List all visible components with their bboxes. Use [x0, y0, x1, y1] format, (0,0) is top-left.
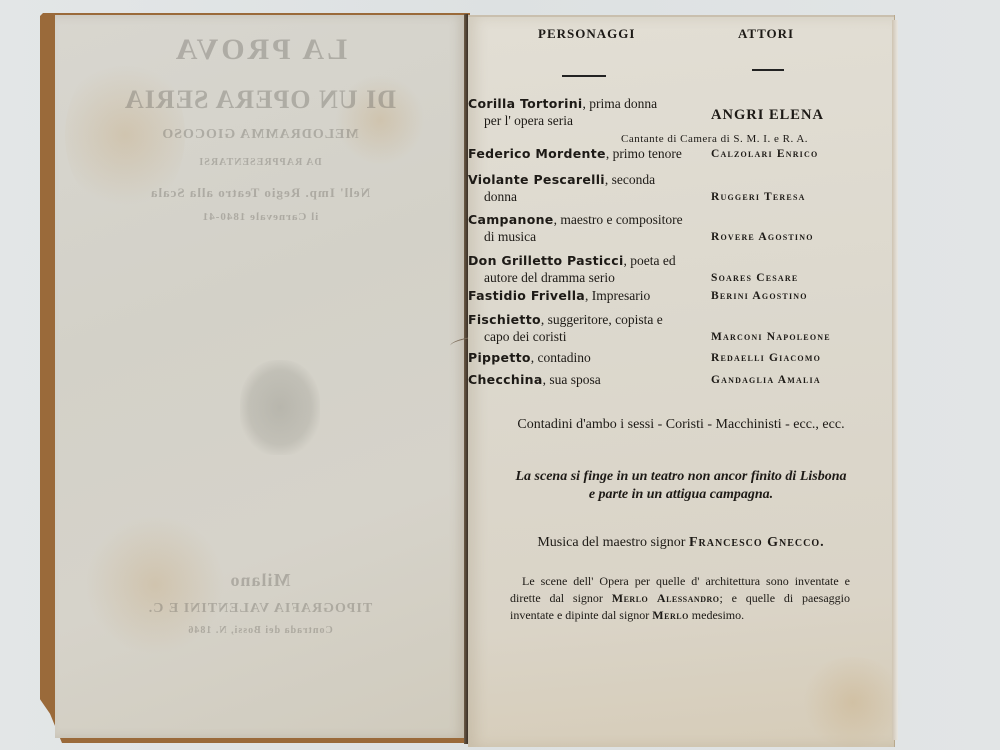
character-role-cont: donna	[468, 188, 888, 205]
character-role-cont: autore del dramma serio	[468, 269, 888, 286]
character-name: Pippetto	[468, 350, 531, 365]
extras-line: Contadini d'ambo i sessi - Coristi - Mac…	[468, 417, 894, 433]
music-credit: Musica del maestro signor Francesco Gnec…	[468, 535, 894, 551]
cast-row: Federico Mordente, primo tenore Calzolar…	[468, 145, 888, 162]
bleed-through-season: il Carnevale 1840-41	[55, 211, 465, 223]
character-name: Corilla Tortorini	[468, 96, 582, 111]
header-attori: ATTORI	[738, 26, 794, 42]
character-role-cont: per l' opera seria	[468, 112, 888, 129]
actor-name: Marconi Napoleone	[711, 329, 831, 346]
character-name: Don Grilletto Pasticci	[468, 253, 624, 268]
scenery-text: medesimo.	[689, 608, 744, 622]
bleed-through-genre: MELODRAMMA GIOCOSO	[55, 127, 465, 143]
character-name: Campanone	[468, 212, 554, 227]
character-name: Fastidio Frivella	[468, 288, 585, 303]
character-role: , suggeritore, copista e	[541, 312, 663, 327]
page-edge	[892, 20, 898, 740]
character-name: Federico Mordente	[468, 146, 606, 161]
cast-row: Checchina, sua sposa Gandaglia Amalia	[468, 371, 888, 388]
character-role-cont: di musica	[468, 228, 888, 245]
character-role: , seconda	[605, 172, 655, 187]
cast-row: Pippetto, contadino Redaelli Giacomo	[468, 349, 888, 366]
cast-row: Don Grilletto Pasticci, poeta ed autore …	[468, 252, 888, 286]
bleed-through-printer: TIPOGRAFIA VALENTINI E C.	[55, 601, 465, 617]
character-name: Checchina	[468, 372, 543, 387]
bleed-through-line: DA RAPPRESENTARSI	[55, 157, 465, 168]
scenery-credit: Le scene dell' Opera per quelle d' archi…	[510, 573, 850, 624]
cast-row: Violante Pescarelli, seconda donna Rugge…	[468, 171, 888, 205]
actor-name: ANGRI ELENA	[711, 107, 824, 124]
cast-row: Fastidio Frivella, Impresario Berini Ago…	[468, 287, 888, 304]
character-role: , contadino	[531, 350, 591, 365]
actor-name: Gandaglia Amalia	[711, 372, 821, 389]
actor-name: Soares Cesare	[711, 270, 798, 287]
header-rule	[562, 75, 606, 77]
cast-row: Fischietto, suggeritore, copista e capo …	[468, 311, 888, 345]
character-role: , poeta ed	[624, 253, 676, 268]
character-role: , Impresario	[585, 288, 650, 303]
bleed-through-address: Contrada dei Bossi, N. 1846	[55, 625, 465, 636]
cast-row: Corilla Tortorini, prima donna per l' op…	[468, 95, 888, 129]
scenery-designer-name: Merlo Alessandro	[612, 591, 720, 605]
actor-name: Redaelli Giacomo	[711, 350, 821, 367]
bleed-through-title: LA PROVA	[55, 33, 465, 67]
header-personaggi: PERSONAGGI	[538, 26, 635, 42]
character-name: Violante Pescarelli	[468, 172, 605, 187]
bleed-through-subtitle: DI UN OPERA SERIA	[55, 85, 465, 115]
actor-name: Rovere Agostino	[711, 229, 814, 246]
actor-name: Calzolari Enrico	[711, 146, 818, 163]
character-role: , primo tenore	[606, 146, 682, 161]
header-rule	[752, 69, 784, 71]
left-page: LA PROVA DI UN OPERA SERIA MELODRAMMA GI…	[55, 15, 465, 738]
scene-setting-line1: La scena si finge in un teatro non ancor…	[468, 469, 894, 485]
composer-name: Francesco Gnecco.	[689, 535, 825, 550]
eagle-crest-icon	[240, 360, 320, 455]
character-role: , prima donna	[582, 96, 657, 111]
character-name: Fischietto	[468, 312, 541, 327]
actor-name: Ruggeri Teresa	[711, 189, 806, 206]
actor-name: Berini Agostino	[711, 288, 808, 305]
scene-setting-line2: e parte in un attigua campagna.	[468, 487, 894, 503]
cast-row: Campanone, maestro e compositore di musi…	[468, 211, 888, 245]
music-prefix: Musica del maestro signor	[537, 535, 689, 550]
character-role: , maestro e compositore	[554, 212, 683, 227]
bleed-through-theatre: Nell' Imp. Regio Teatro alla Scala	[55, 185, 465, 201]
right-page-cast-list: PERSONAGGI ATTORI Corilla Tortorini, pri…	[468, 15, 894, 747]
bleed-through-city: Milano	[55, 570, 465, 591]
character-role: , sua sposa	[543, 372, 601, 387]
scenery-designer-name: Merlo	[652, 608, 689, 622]
